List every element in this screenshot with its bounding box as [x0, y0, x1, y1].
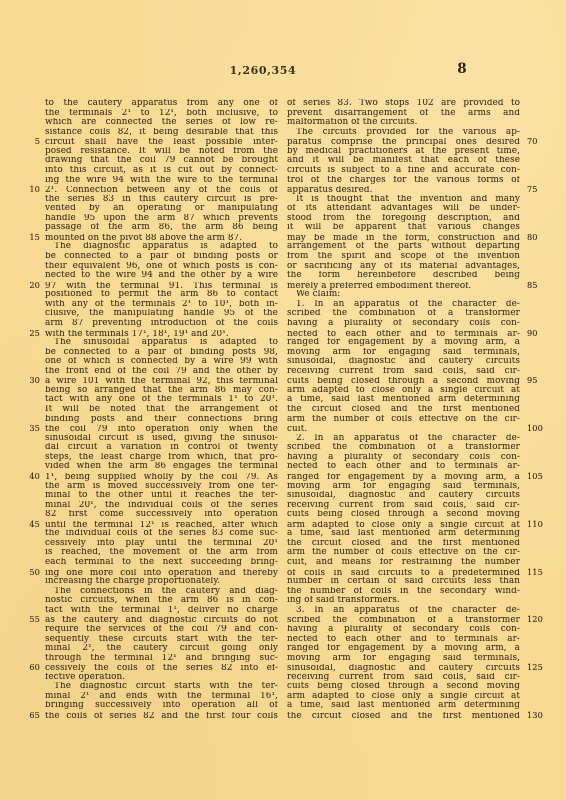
text-line: arrangement of the parts without departi… [287, 242, 557, 252]
text-line: scribed the combination of a transformer [287, 443, 557, 453]
text-line: having a plurality of secondary coils co… [287, 625, 557, 635]
line-number: 55 [0, 615, 45, 625]
line-text: ranged for engagement by a moving arm, a [287, 644, 520, 654]
line-text: having a plurality of secondary coils co… [287, 453, 520, 463]
line-text: or sacrificing any of its material advan… [287, 262, 520, 272]
text-line: arm 87 preventing introduction of the co… [0, 319, 278, 329]
line-number: 5 [0, 137, 45, 147]
text-line: the series 83 in this cautery circuit is… [0, 195, 278, 205]
text-line: arm adapted to close only a single circu… [287, 386, 557, 396]
line-number: 50 [0, 568, 45, 578]
text-line: be connected to a pair of binding posts … [0, 252, 278, 262]
line-text: trol of the charges for the various form… [287, 176, 520, 186]
patent-page: 1,260,354 8 to the cautery apparatus fro… [0, 0, 566, 800]
text-line: the circuit closed and the first mention… [287, 405, 557, 415]
line-number: 105 [520, 472, 557, 482]
text-line: tact with the terminal 1¹, deliver no ch… [0, 606, 278, 616]
text-line: one of which is connected by a wire 99 w… [0, 357, 278, 367]
text-line: malformation of the circuits. [287, 118, 557, 128]
line-text: It will be noted that the arrangement of [45, 405, 278, 415]
text-line: circuits is subject to a fine and accura… [287, 166, 557, 176]
line-text: to the cautery apparatus from any one of [45, 99, 278, 109]
text-line: sequently these circuits start with the … [0, 635, 278, 645]
text-line: prevent disarrangement of the arms and [287, 109, 557, 119]
text-line: 30a wire 101 with the terminal 92, this … [0, 376, 278, 386]
line-text: of series 83. Two stops 102 are provided… [287, 99, 520, 109]
line-number: 20 [0, 281, 45, 291]
line-number: 125 [520, 663, 557, 673]
line-text: fective operation. [45, 673, 278, 683]
text-line: of its attendant advantages will be unde… [287, 204, 557, 214]
line-text: It is thought that the invention and man… [287, 195, 520, 205]
line-text: 2. In an apparatus of the character de- [287, 434, 520, 444]
text-line: receiving current from said coils, said … [287, 673, 557, 683]
line-text: from the spirit and scope of the inventi… [287, 252, 520, 262]
text-line: of coils in said circuits to a predeterm… [287, 568, 557, 578]
line-text: of its attendant advantages will be unde… [287, 204, 520, 214]
text-line: moving arm for engaging said terminals, [287, 482, 557, 492]
line-text: steps, the least charge from which, that… [45, 453, 278, 463]
text-line: moving arm for engaging said terminals, [287, 348, 557, 358]
line-text: positioned to permit the arm 86 to conta… [45, 290, 278, 300]
column-right: of series 83. Two stops 102 are provided… [287, 99, 557, 721]
line-text: their equivalent 96, one of which posts … [45, 262, 278, 272]
text-line: a time, said last mentioned arm determin… [287, 701, 557, 711]
text-line: moving arm for engaging said terminals, [287, 654, 557, 664]
text-line: vented by an operating or manipulating [0, 204, 278, 214]
line-text: cuit, and means for restraining the numb… [287, 558, 520, 568]
text-line: to the cautery apparatus from any one of [0, 99, 278, 109]
text-line: The circuits provided for the various ap… [287, 128, 557, 138]
line-text: be connected to a pair of binding posts … [45, 252, 278, 262]
text-line: 2097 with the terminal 91. This terminal… [0, 281, 278, 291]
text-line: nected to the wire 94 and the other by a… [0, 271, 278, 281]
line-text: ranged for engagement by a moving arm, a [287, 338, 520, 348]
text-line: receiving current from said coils, said … [287, 501, 557, 511]
line-text: being so arranged that the arm 86 may co… [45, 386, 278, 396]
text-line: sinusoidal circuit is used, giving the s… [0, 434, 278, 444]
text-line: 1. In an apparatus of the character de- [287, 300, 557, 310]
line-text: handle 95 upon the arm 87 which prevents [45, 214, 278, 224]
page-number: 8 [452, 61, 472, 77]
text-line: vided when the arm 86 engages the termin… [0, 462, 278, 472]
line-text: stood from the foregoing description, an… [287, 214, 520, 224]
text-line: cuits being closed through a second movi… [287, 510, 557, 520]
line-number: 120 [520, 615, 557, 625]
text-line: 35the coil 79 into operation only when t… [0, 424, 278, 434]
text-line: the circuit closed and the first mention… [287, 711, 557, 721]
line-text: which are connected the series of low re… [45, 118, 278, 128]
line-number: 30 [0, 376, 45, 386]
text-line: the form hereinbefore described being [287, 271, 557, 281]
line-text: the form hereinbefore described being [287, 271, 520, 281]
line-text: having a plurality of secondary coils co… [287, 625, 520, 635]
line-text: sinusoidal, diagnostic and cautery circu… [287, 491, 520, 501]
text-line: ranged for engagement by a moving arm, a [287, 338, 557, 348]
line-text: the circuit closed and the first mention… [287, 405, 520, 415]
text-line: 55as the cautery and diagnostic circuits… [0, 615, 278, 625]
line-text: moving arm for engaging said terminals, [287, 654, 520, 664]
text-line: through the terminal 12¹ and bringing su… [0, 654, 278, 664]
line-text: sinusoidal, diagnostic and cautery circu… [287, 357, 520, 367]
line-text: The diagnostic apparatus is adapted to [45, 242, 278, 252]
line-text: arm the number of coils effective on the… [287, 548, 520, 558]
text-line: arm the number of coils effective on the… [287, 415, 557, 425]
line-text: ing of said transformers. [287, 596, 520, 606]
text-line: sinusoidal, diagnostic and cautery circu… [287, 357, 557, 367]
line-text: the arm is moved successively from one t… [45, 482, 278, 492]
line-text: receiving current from said coils, said … [287, 367, 520, 377]
text-line: their equivalent 96, one of which posts … [0, 262, 278, 272]
text-line: minal 2¹, the cautery circuit going only [0, 644, 278, 654]
line-text: posed resistance. It will be noted from … [45, 147, 278, 157]
text-line: drawing that the coil 79 cannot be broug… [0, 156, 278, 166]
line-text: vided when the arm 86 engages the termin… [45, 462, 278, 472]
text-line: minal 2¹ and ends with the terminal 16¹, [0, 692, 278, 702]
line-text: the series 83 in this cautery circuit is… [45, 195, 278, 205]
text-line: having a plurality of secondary coils co… [287, 319, 557, 329]
line-text: scribed the combination of a transformer [287, 309, 520, 319]
text-line: being so arranged that the arm 86 may co… [0, 386, 278, 396]
text-line: nected to each other and to terminals ar… [287, 635, 557, 645]
text-line: the number of coils in the secondary win… [287, 587, 557, 597]
text-line: bringing successively into operation all… [0, 701, 278, 711]
text-line: We claim: [287, 290, 557, 300]
text-line: The connections in the cautery and diag- [0, 587, 278, 597]
line-text: the coils of series 82 and the first fou… [45, 712, 278, 722]
line-text: arm adapted to close only a single circu… [287, 692, 520, 702]
line-text: the individual coils of the series 83 co… [45, 529, 278, 539]
line-text: sinusoidal circuit is used, giving the s… [45, 434, 278, 444]
text-line: ranged for engagement by a moving arm, a [287, 644, 557, 654]
line-text: the front end of the coil 79 and the oth… [45, 367, 278, 377]
line-text: moving arm for engaging said terminals, [287, 348, 520, 358]
text-line: sinusoidal, diagnostic and cautery circu… [287, 491, 557, 501]
line-text: sequently these circuits start with the … [45, 635, 278, 645]
text-line: or sacrificing any of its material advan… [287, 262, 557, 272]
line-text: cuits being closed through a second movi… [287, 510, 520, 520]
text-line: passage of the arm 86, the arm 86 being [0, 223, 278, 233]
line-number: 90 [520, 329, 557, 339]
text-line: 15mounted on the pivot 88 above the arm … [0, 233, 278, 243]
line-text: arrangement of the parts without departi… [287, 242, 520, 252]
text-line: and it will be manifest that each of the… [287, 156, 557, 166]
line-number: 130 [520, 711, 557, 721]
line-text: nostic circuits, when the arm 86 is in c… [45, 596, 278, 606]
text-line: 60cessively the coils of the series 82 i… [0, 663, 278, 673]
text-line: It is thought that the invention and man… [287, 195, 557, 205]
line-text: the circuit closed and the first mention… [287, 539, 520, 549]
line-text: it will be apparent that various changes [287, 223, 520, 233]
line-number: 95 [520, 376, 557, 386]
line-text: having a plurality of secondary coils co… [287, 319, 520, 329]
column-left: to the cautery apparatus from any one of… [0, 99, 278, 721]
text-line: 25with the terminals 17¹, 18¹, 19¹ and 2… [0, 329, 278, 339]
line-text: be connected to a pair of binding posts … [45, 348, 278, 358]
line-text: We claim: [287, 290, 520, 300]
line-number: 115 [520, 568, 557, 578]
text-line: it will be apparent that various changes [287, 223, 557, 233]
text-line: binding posts and their connections brin… [0, 415, 278, 425]
text-line: minal 20¹, the individual coils of the s… [0, 501, 278, 511]
line-number: 10 [0, 185, 45, 195]
text-line: which are connected the series of low re… [0, 118, 278, 128]
line-text: increasing the charge proportionately. [45, 577, 278, 587]
line-text: binding posts and their connections brin… [45, 415, 278, 425]
line-text: prevent disarrangement of the arms and [287, 109, 520, 119]
text-line: cuits being closed through a second movi… [287, 682, 557, 692]
line-text: 3. In an apparatus of the character de- [287, 606, 520, 616]
line-text: receiving current from said coils, said … [287, 501, 520, 511]
line-text: tact with any one of the terminals 1¹ to… [45, 395, 278, 405]
text-line: 82 first come successively into operatio… [0, 510, 278, 520]
line-number: 110 [520, 520, 557, 530]
line-text: sistance coils 82, it being desirable th… [45, 128, 278, 138]
text-line: from the spirit and scope of the inventi… [287, 252, 557, 262]
line-text: is reached, the movement of the arm from [45, 548, 278, 558]
line-text: vented by an operating or manipulating [45, 204, 278, 214]
text-line: cuit, and means for restraining the numb… [287, 558, 557, 568]
text-line: number in certain of said circuits less … [287, 577, 557, 587]
text-line: the arm is moved successively from one t… [0, 482, 278, 492]
line-number: 65 [0, 711, 45, 721]
line-text: nected to each other and to terminals ar… [287, 635, 520, 645]
text-line: may be made in the form, construction an… [287, 233, 557, 243]
text-line: sinusoidal, diagnostic and cautery circu… [287, 663, 557, 673]
text-line: having a plurality of secondary coils co… [287, 453, 557, 463]
line-text: malformation of the circuits. [287, 118, 520, 128]
text-line: sistance coils 82, it being desirable th… [0, 128, 278, 138]
text-line: the individual coils of the series 83 co… [0, 529, 278, 539]
text-line: 2. In an apparatus of the character de- [287, 434, 557, 444]
text-line: positioned to permit the arm 86 to conta… [0, 290, 278, 300]
text-line: clusive, the manipulating handle 95 of t… [0, 309, 278, 319]
text-line: ranged for engagement by a moving arm, a… [287, 472, 557, 482]
line-text: into this circuit, as it is cut out by c… [45, 166, 278, 176]
line-number: 70 [520, 137, 557, 147]
text-line: tact with any one of the terminals 1¹ to… [0, 395, 278, 405]
line-text: minal 2¹ and ends with the terminal 16¹, [45, 692, 278, 702]
line-text: arm the number of coils effective on the… [287, 415, 520, 425]
text-line: into this circuit, as it is cut out by c… [0, 166, 278, 176]
text-line: arm adapted to close only a single circu… [287, 520, 557, 530]
line-text: the number of coils in the secondary win… [287, 587, 520, 597]
text-line: merely a preferred embodiment thereof.85 [287, 281, 557, 291]
line-text: arm adapted to close only a single circu… [287, 386, 520, 396]
line-text: and it will be manifest that each of the… [287, 156, 520, 166]
patent-number: 1,260,354 [0, 64, 526, 77]
line-text: scribed the combination of a transformer [287, 443, 520, 453]
text-line: by medical practitioners at the present … [287, 147, 557, 157]
text-line: It will be noted that the arrangement of [0, 405, 278, 415]
text-line: 401¹, being supplied wholly by the coil … [0, 472, 278, 482]
text-line: stood from the foregoing description, an… [287, 214, 557, 224]
line-text: The circuits provided for the various ap… [287, 128, 520, 138]
line-number: 75 [520, 185, 557, 195]
line-number: 100 [520, 424, 557, 434]
line-number: 85 [520, 281, 557, 291]
line-text: the terminals 2¹ to 12¹, both inclusive,… [45, 109, 278, 119]
line-text: number in certain of said circuits less … [287, 577, 520, 587]
text-line: receiving current from said coils, said … [287, 367, 557, 377]
text-line: 50ing one more coil into operation and t… [0, 568, 278, 578]
text-line: nected to each other and to terminals ar… [287, 329, 557, 339]
text-line: of series 83. Two stops 102 are provided… [287, 99, 557, 109]
text-line: steps, the least charge from which, that… [0, 453, 278, 463]
line-text: a time, said last mentioned arm determin… [287, 701, 520, 711]
line-text: through the terminal 12¹ and bringing su… [45, 654, 278, 664]
text-line: the terminals 2¹ to 12¹, both inclusive,… [0, 109, 278, 119]
text-line: scribed the combination of a transformer [287, 309, 557, 319]
line-text: The connections in the cautery and diag- [45, 587, 278, 597]
line-text: tact with the terminal 1¹, deliver no ch… [45, 606, 278, 616]
line-number: 35 [0, 424, 45, 434]
text-line: The diagnostic apparatus is adapted to [0, 242, 278, 252]
text-line: scribed the combination of a transformer… [287, 615, 557, 625]
text-line: nected to each other and to terminals ar… [287, 462, 557, 472]
text-line: The sinusoidal apparatus is adapted to [0, 338, 278, 348]
text-line: nostic circuits, when the arm 86 is in c… [0, 596, 278, 606]
text-line: cuit.100 [287, 424, 557, 434]
line-text: minal 2¹, the cautery circuit going only [45, 644, 278, 654]
text-line: fective operation. [0, 673, 278, 683]
text-line: is reached, the movement of the arm from [0, 548, 278, 558]
line-number: 15 [0, 233, 45, 243]
text-line: a time, said last mentioned arm determin… [287, 395, 557, 405]
text-line: arm adapted to close only a single circu… [287, 692, 557, 702]
line-text: cessively into play until the terminal 2… [45, 539, 278, 549]
text-line: the front end of the coil 79 and the oth… [0, 367, 278, 377]
text-line: handle 95 upon the arm 87 which prevents [0, 214, 278, 224]
text-line: arm the number of coils effective on the… [287, 548, 557, 558]
text-line: each terminal to the next succeeding bri… [0, 558, 278, 568]
line-text: passage of the arm 86, the arm 86 being [45, 223, 278, 233]
text-line: dal circuit a variation in control of tw… [0, 443, 278, 453]
line-text: minal to the other until it reaches the … [45, 491, 278, 501]
line-text: minal 20¹, the individual coils of the s… [45, 501, 278, 511]
line-number: 40 [0, 472, 45, 482]
text-line: paratus comprise the principal ones desi… [287, 137, 557, 147]
text-line: cuits being closed through a second movi… [287, 376, 557, 386]
line-text: drawing that the coil 79 cannot be broug… [45, 156, 278, 166]
text-line: 45until the terminal 12¹ is reached, aft… [0, 520, 278, 530]
line-text: The sinusoidal apparatus is adapted to [45, 338, 278, 348]
text-line: apparatus desired.75 [287, 185, 557, 195]
text-line: be connected to a pair of binding posts … [0, 348, 278, 358]
text-line: 102¹. Connection between any of the coil… [0, 185, 278, 195]
text-line: with any of the terminals 2¹ to 10¹, bot… [0, 300, 278, 310]
line-text: moving arm for engaging said terminals, [287, 482, 520, 492]
text-line: The diagnostic circuit starts with the t… [0, 682, 278, 692]
text-line: ing the wire 94 with the wire to the ter… [0, 176, 278, 186]
line-text: with any of the terminals 2¹ to 10¹, bot… [45, 300, 278, 310]
line-text: each terminal to the next succeeding bri… [45, 558, 278, 568]
line-number: 80 [520, 233, 557, 243]
text-line: require the services of the coil 79 and … [0, 625, 278, 635]
line-number: 45 [0, 520, 45, 530]
text-body: to the cautery apparatus from any one of… [0, 99, 566, 721]
line-text: a time, said last mentioned arm determin… [287, 529, 520, 539]
text-line: 65the coils of series 82 and the first f… [0, 711, 278, 721]
line-text: by medical practitioners at the present … [287, 147, 520, 157]
line-text: arm 87 preventing introduction of the co… [45, 319, 278, 329]
line-text: bringing successively into operation all… [45, 701, 278, 711]
line-text: require the services of the coil 79 and … [45, 625, 278, 635]
line-text: ing the wire 94 with the wire to the ter… [45, 176, 278, 186]
line-text: 82 first come successively into operatio… [45, 510, 278, 520]
text-line: the circuit closed and the first mention… [287, 539, 557, 549]
text-line: 3. In an apparatus of the character de- [287, 606, 557, 616]
text-line: cessively into play until the terminal 2… [0, 539, 278, 549]
text-line: posed resistance. It will be noted from … [0, 147, 278, 157]
line-text: receiving current from said coils, said … [287, 673, 520, 683]
line-number: 60 [0, 663, 45, 673]
line-text: a time, said last mentioned arm determin… [287, 395, 520, 405]
line-text: clusive, the manipulating handle 95 of t… [45, 309, 278, 319]
line-text: 1. In an apparatus of the character de- [287, 300, 520, 310]
line-number: 25 [0, 329, 45, 339]
text-line: ing of said transformers. [287, 596, 557, 606]
text-line: increasing the charge proportionately. [0, 577, 278, 587]
text-line: a time, said last mentioned arm determin… [287, 529, 557, 539]
line-text: one of which is connected by a wire 99 w… [45, 357, 278, 367]
line-text: dal circuit a variation in control of tw… [45, 443, 278, 453]
line-text: nected to each other and to terminals ar… [287, 462, 520, 472]
text-line: trol of the charges for the various form… [287, 176, 557, 186]
line-text: nected to the wire 94 and the other by a… [45, 271, 278, 281]
text-line: minal to the other until it reaches the … [0, 491, 278, 501]
line-text: the circuit closed and the first mention… [287, 712, 520, 722]
text-line: 5circuit shall have the least possible i… [0, 137, 278, 147]
line-text: circuits is subject to a fine and accura… [287, 166, 520, 176]
line-text: The diagnostic circuit starts with the t… [45, 682, 278, 692]
line-text: cuits being closed through a second movi… [287, 682, 520, 692]
